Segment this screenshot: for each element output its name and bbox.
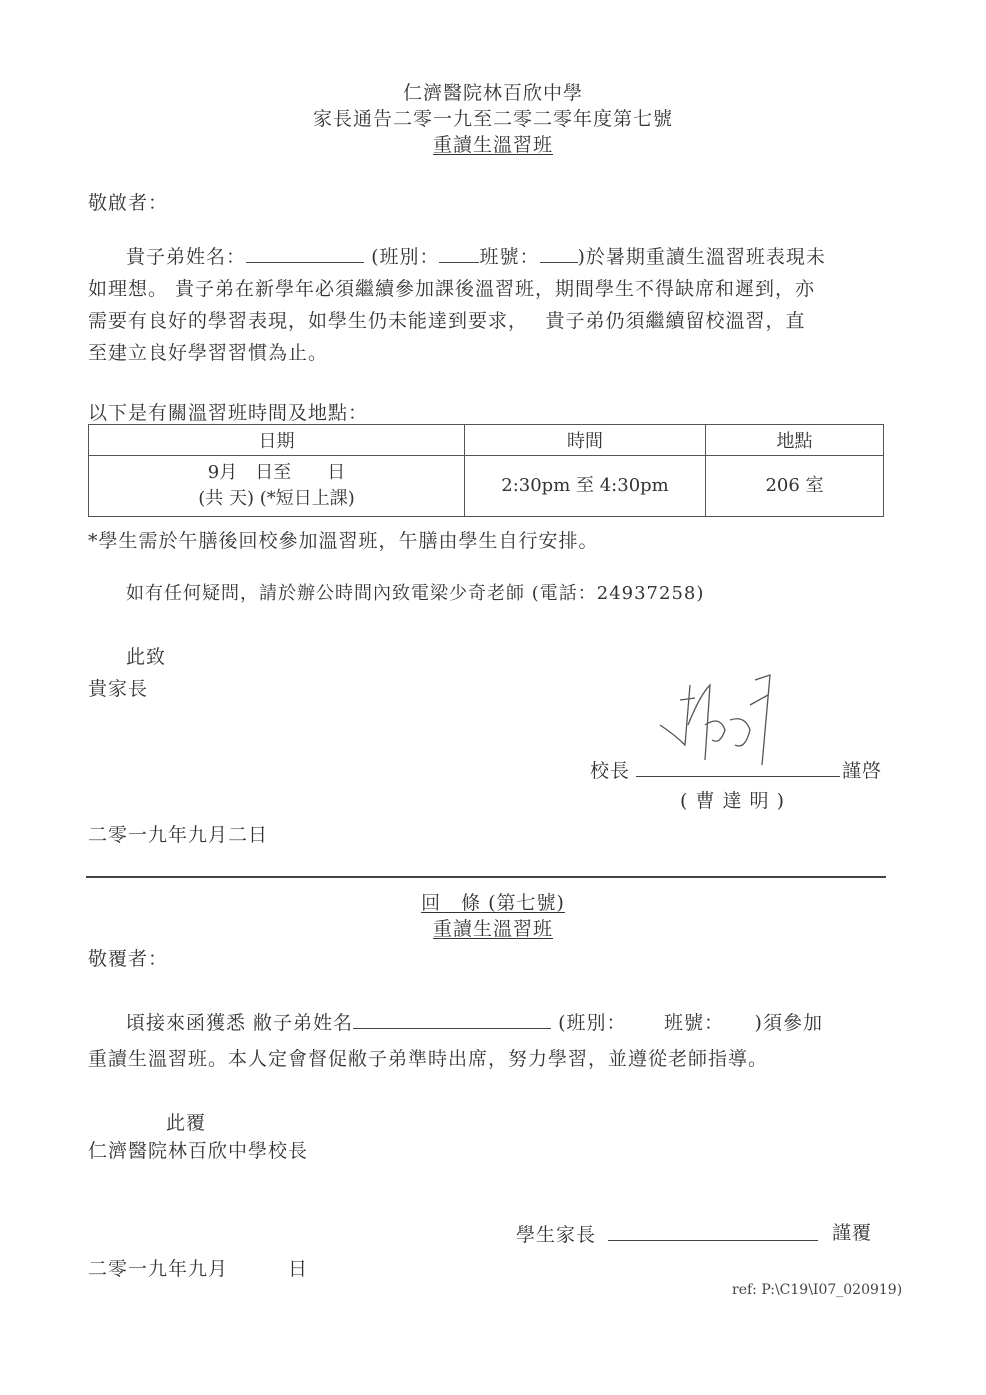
reply-salutation: 敬覆者： <box>88 944 168 971</box>
date-range: 9月 日至 日 <box>90 460 463 486</box>
class-blank[interactable] <box>439 262 479 263</box>
header-date: 日期 <box>89 425 465 456</box>
para-line2: 如理想。 貴子弟在新學年必須繼續參加課後溫習班，期間學生不得缺席和遲到，亦 <box>88 273 888 305</box>
cell-place: 206 室 <box>706 456 884 517</box>
para-line3: 需要有良好的學習表現，如學生仍未能達到要求， 貴子弟仍須繼續留校溫習，直 <box>88 305 888 337</box>
date-days: (共 天) (*短日上課) <box>90 486 463 512</box>
table-intro: 以下是有關溫習班時間及地點： <box>88 398 368 425</box>
closing: 此致 <box>126 642 166 669</box>
enquiry-line: 如有任何疑問，請於辦公時間內致電梁少奇老師 (電話：24937258) <box>126 579 704 605</box>
parent-suffix: 謹覆 <box>832 1218 872 1245</box>
addressee: 貴家長 <box>88 674 148 701</box>
cell-date: 9月 日至 日 (共 天) (*短日上課) <box>89 456 465 517</box>
class-label: (班別： <box>371 246 439 268</box>
para-line1-end: )於暑期重讀生溫習班表現未 <box>578 246 826 268</box>
header-place: 地點 <box>706 425 884 456</box>
class-number-blank[interactable] <box>540 262 578 263</box>
reply-name-label: 頃接來函獲悉 敝子弟姓名 <box>126 1012 353 1034</box>
school-name: 仁濟醫院林百欣中學 <box>0 78 986 105</box>
reply-class-fields: (班別： 班號： )須參加 <box>558 1012 823 1034</box>
parent-signature-line[interactable] <box>608 1240 818 1241</box>
cut-line-divider <box>86 876 886 878</box>
student-name-label: 貴子弟姓名： <box>126 246 246 268</box>
principal-signature <box>650 665 800 775</box>
reply-line2: 重讀生溫習班。本人定會督促敝子弟準時出席，努力學習，並遵從老師指導。 <box>88 1044 768 1071</box>
lunch-note: *學生需於午膳後回校參加溫習班，午膳由學生自行安排。 <box>88 526 599 553</box>
letter-date: 二零一九年九月二日 <box>88 820 268 847</box>
reply-subject-text: 重讀生溫習班 <box>433 918 553 940</box>
cell-time: 2:30pm 至 4:30pm <box>465 456 706 517</box>
reply-closing: 此覆 <box>166 1108 206 1135</box>
principal-name: ( 曹 達 明 ) <box>680 786 785 813</box>
table-row: 9月 日至 日 (共 天) (*短日上課) 2:30pm 至 4:30pm 20… <box>89 456 884 517</box>
reply-addressee: 仁濟醫院林百欣中學校長 <box>88 1136 308 1163</box>
main-paragraph: 貴子弟姓名： (班別：班號：)於暑期重讀生溫習班表現未 如理想。 貴子弟在新學年… <box>88 241 888 369</box>
schedule-table: 日期 時間 地點 9月 日至 日 (共 天) (*短日上課) 2:30pm 至 … <box>88 424 884 517</box>
reply-line1: 頃接來函獲悉 敝子弟姓名 (班別： 班號： )須參加 <box>126 1008 823 1035</box>
salutation: 敬啟者： <box>88 188 168 215</box>
subject-text: 重讀生溫習班 <box>433 134 553 156</box>
reply-name-blank[interactable] <box>353 1028 551 1029</box>
header-time: 時間 <box>465 425 706 456</box>
reply-subject: 重讀生溫習班 <box>0 914 986 941</box>
principal-label: 校長 <box>590 756 630 783</box>
parent-label: 學生家長 <box>516 1220 596 1247</box>
reply-title: 回 條 (第七號) <box>0 888 986 915</box>
student-name-blank[interactable] <box>246 262 364 263</box>
principal-suffix: 謹啓 <box>842 756 882 783</box>
notice-number: 家長通告二零一九至二零二零年度第七號 <box>0 104 986 131</box>
table-header-row: 日期 時間 地點 <box>89 425 884 456</box>
reply-title-text: 回 條 (第七號) <box>421 892 565 914</box>
principal-signature-line <box>636 776 840 777</box>
notice-subject: 重讀生溫習班 <box>0 130 986 157</box>
class-number-label: 班號： <box>479 246 539 268</box>
reply-date: 二零一九年九月 日 <box>88 1254 308 1281</box>
para-line4: 至建立良好學習習慣為止。 <box>88 337 888 369</box>
reference-code: ref: P:\C19\I07_020919) <box>732 1282 902 1298</box>
